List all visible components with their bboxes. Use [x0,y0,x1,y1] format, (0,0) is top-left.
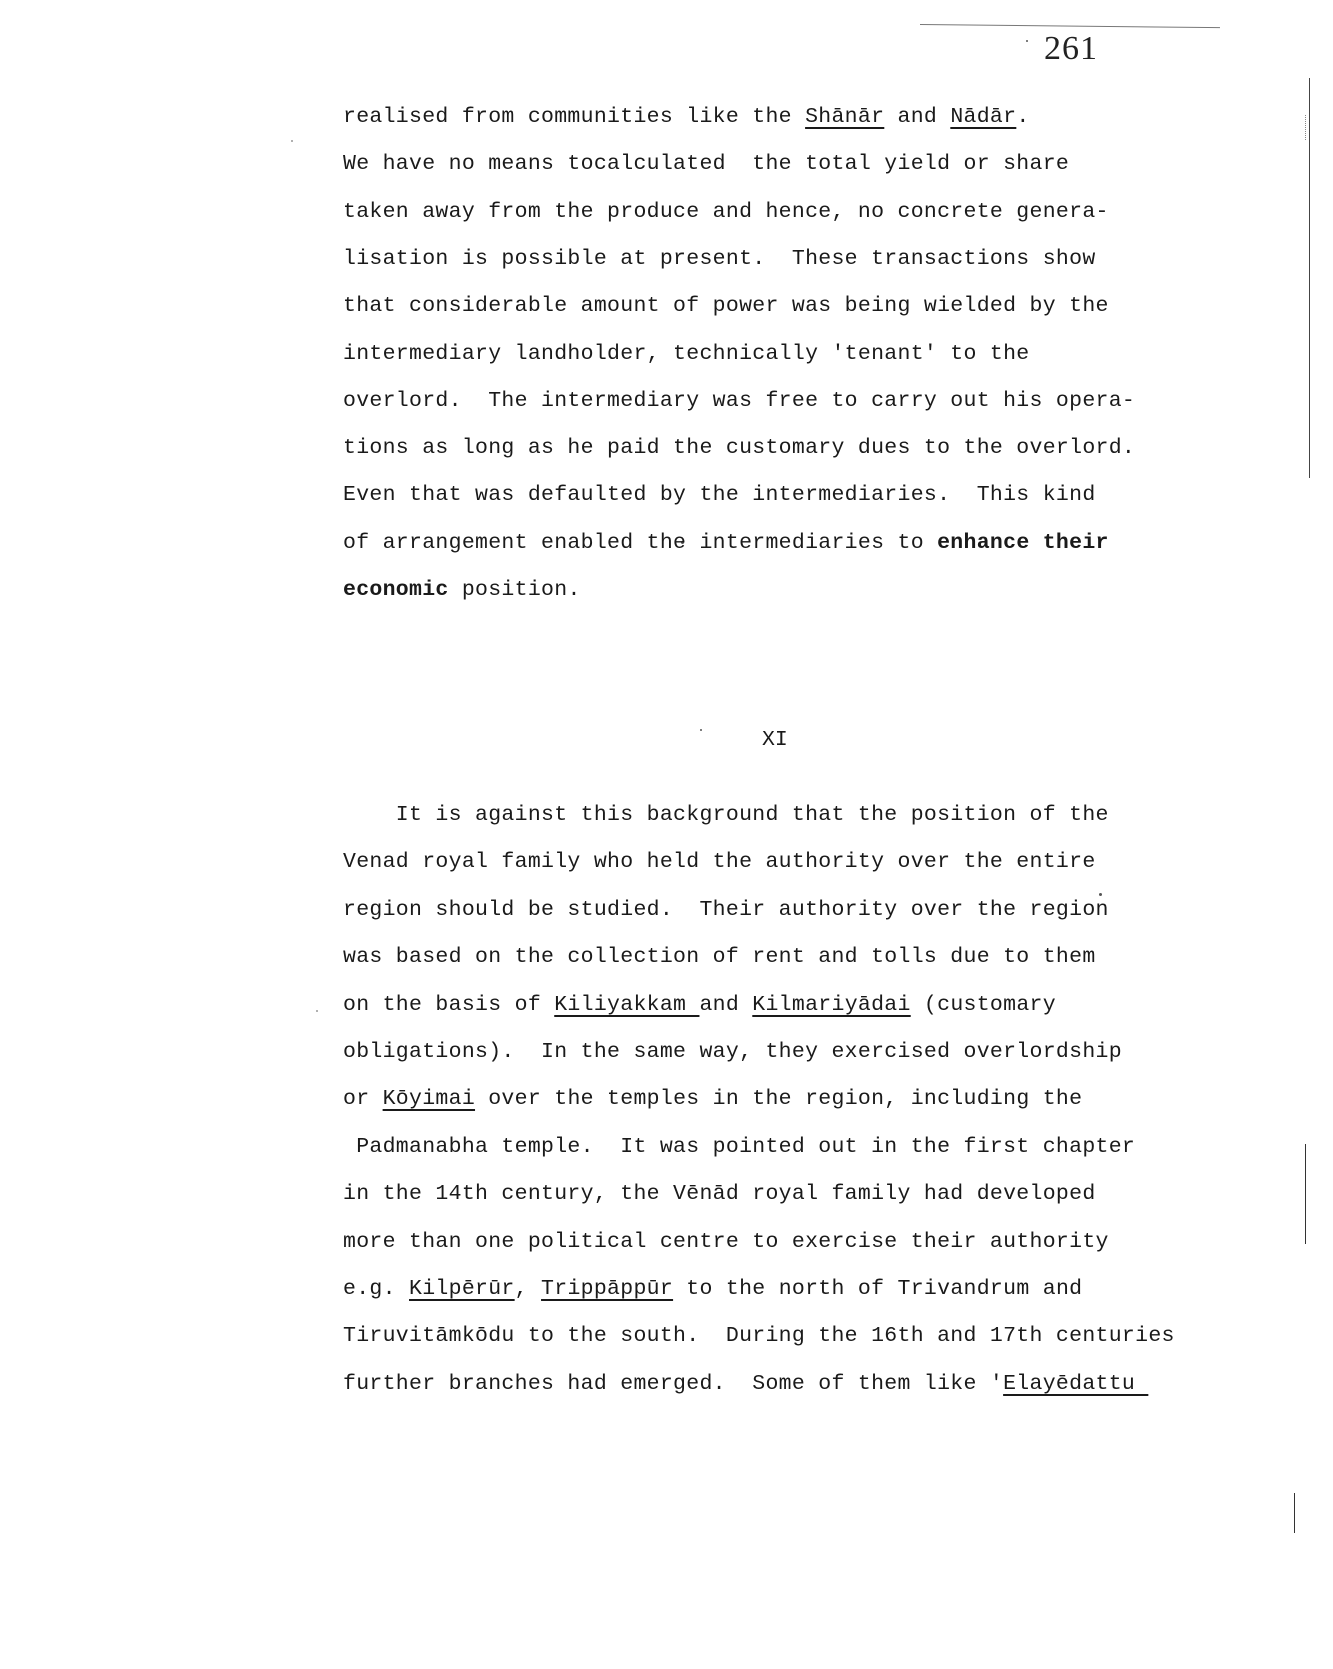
text-line: Even that was defaulted by the intermedi… [343,482,1096,508]
line-text: realised from communities like the [343,105,805,129]
line-text: to the north of Trivandrum and [673,1277,1082,1301]
line-text: intermediary landholder, technically 'te… [343,342,1030,366]
text-line: was based on the collection of rent and … [343,944,1096,970]
text-line: Tiruvitāmkōdu to the south. During the 1… [343,1323,1175,1349]
scan-speck [291,140,293,142]
header-rule [920,24,1220,28]
line-text: of arrangement enabled the intermediarie… [343,531,937,555]
line-text: , [515,1277,541,1301]
line-text: taken away from the produce and hence, n… [343,200,1109,224]
text-line: taken away from the produce and hence, n… [343,199,1109,225]
line-text: on the basis of [343,993,554,1017]
line-text: tions as long as he paid the customary d… [343,436,1135,460]
text-line: overlord. The intermediary was free to c… [343,388,1135,414]
text-line: in the 14th century, the Vēnād royal fam… [343,1181,1096,1207]
line-text: obligations). In the same way, they exer… [343,1040,1122,1064]
underlined-term: Kiliyakkam [554,993,699,1017]
text-line: that considerable amount of power was be… [343,293,1109,319]
text-line: e.g. Kilpērūr, Trippāppūr to the north o… [343,1276,1082,1302]
text-line: obligations). In the same way, they exer… [343,1039,1122,1065]
line-text: Venad royal family who held the authorit… [343,850,1096,874]
binding-line-middle [1305,1144,1306,1244]
binding-dots [1305,115,1306,140]
text-line: on the basis of Kiliyakkam and Kilmariyā… [343,992,1056,1018]
binding-line-top [1309,78,1310,478]
line-text: Tiruvitāmkōdu to the south. During the 1… [343,1324,1175,1348]
line-text: position. [449,578,581,602]
scan-speck [316,1010,318,1012]
line-text: region should be studied. Their authorit… [343,898,1109,922]
line-text: over the temples in the region, includin… [475,1087,1082,1111]
line-text: It is against this background that the p… [343,803,1109,827]
text-line: region should be studied. Their authorit… [343,897,1109,923]
line-text: Padmanabha temple. It was pointed out in… [343,1135,1135,1159]
text-line: of arrangement enabled the intermediarie… [343,530,1109,556]
underlined-term: Kōyimai [383,1087,475,1111]
text-line: lisation is possible at present. These t… [343,246,1096,272]
line-text: or [343,1087,383,1111]
line-text: further branches had emerged. Some of th… [343,1372,1003,1396]
line-text: (customary [911,993,1056,1017]
text-line: realised from communities like the Shānā… [343,104,1030,130]
scan-speck [700,729,702,731]
line-text: Even that was defaulted by the intermedi… [343,483,1096,507]
underlined-term: Kilmariyādai [752,993,910,1017]
underlined-term: Shānār [805,105,884,129]
text-line: more than one political centre to exerci… [343,1229,1109,1255]
line-text: e.g. [343,1277,409,1301]
binding-line-bottom [1294,1493,1295,1533]
text-line: intermediary landholder, technically 'te… [343,341,1030,367]
text-line: Padmanabha temple. It was pointed out in… [343,1134,1135,1160]
text-line: It is against this background that the p… [343,802,1109,828]
line-text: more than one political centre to exerci… [343,1230,1109,1254]
line-text: and [699,993,752,1017]
text-line: or Kōyimai over the temples in the regio… [343,1086,1082,1112]
line-text: that considerable amount of power was be… [343,294,1109,318]
text-line: tions as long as he paid the customary d… [343,435,1135,461]
underlined-term: Kilpērūr [409,1277,515,1301]
line-text: and [884,105,950,129]
line-text: in the 14th century, the Vēnād royal fam… [343,1182,1096,1206]
text-line: further branches had emerged. Some of th… [343,1371,1148,1397]
bold-text: enhance their [937,531,1109,555]
section-heading: XI [762,727,788,753]
text-line: Venad royal family who held the authorit… [343,849,1096,875]
line-text: We have no means tocalculated the total … [343,152,1069,176]
underlined-term: Nādār [950,105,1016,129]
scan-speck [1026,40,1028,42]
text-line: economic position. [343,577,581,603]
line-text: overlord. The intermediary was free to c… [343,389,1135,413]
line-text: was based on the collection of rent and … [343,945,1096,969]
scan-speck [1099,893,1102,896]
text-line: We have no means tocalculated the total … [343,151,1069,177]
page-number: 261 [1044,30,1098,68]
line-text: lisation is possible at present. These t… [343,247,1096,271]
bold-text: economic [343,578,449,602]
underlined-term: Elayēdattu [1003,1372,1148,1396]
underlined-term: Trippāppūr [541,1277,673,1301]
line-text: . [1016,105,1029,129]
